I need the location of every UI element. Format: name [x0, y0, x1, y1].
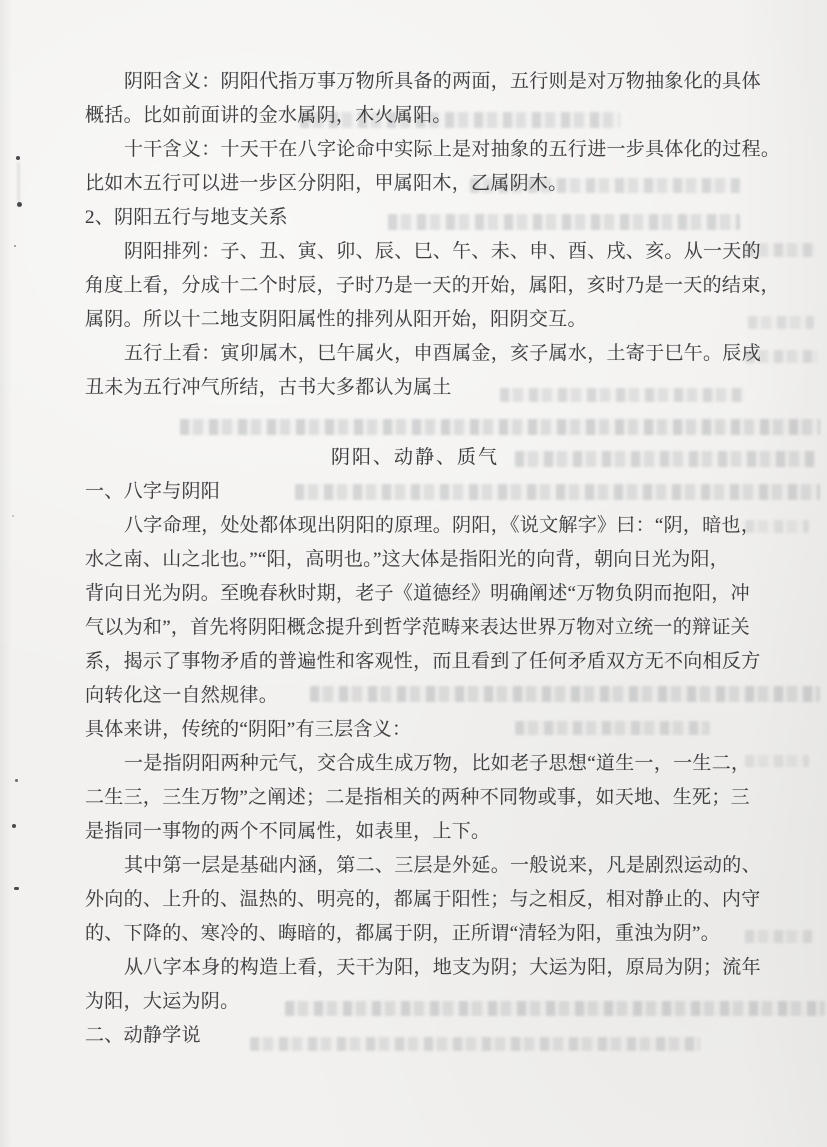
- text-line: 五行上看：寅卯属木，巳午属火，申酉属金，亥子属水，土寄于巳午。辰戌: [85, 337, 745, 371]
- section-title: 阴阳、动静、质气: [85, 441, 745, 475]
- text-line: 气以为和”，首先将阴阳概念提升到哲学范畴来表达世界万物对立统一的辩证关: [85, 611, 745, 645]
- ink-speck: [14, 887, 19, 890]
- text-line: 为阳，大运为阴。: [85, 985, 745, 1019]
- ink-smear: [17, 162, 20, 207]
- text-line: 十干含义：十天干在八字论命中实际上是对抽象的五行进一步具体化的过程。: [85, 133, 745, 167]
- text-line: 丑未为五行冲气所结，古书大多都认为属土: [85, 371, 745, 405]
- text-line: 二生三，三生万物”之阐述；二是指相关的两种不同物或事，如天地、生死；三: [85, 781, 745, 815]
- bleedthrough-text-artifact: [748, 316, 814, 329]
- text-line: 阴阳排列：子、丑、寅、卯、辰、巳、午、未、申、酉、戌、亥。从一天的: [85, 235, 745, 269]
- ink-speck: [14, 245, 16, 247]
- text-line: 角度上看，分成十二个时辰，子时乃是一天的开始，属阳，亥时乃是一天的结束，: [85, 269, 745, 303]
- section-heading-2: 2、阴阳五行与地支关系: [85, 201, 745, 235]
- text-line: 水之南、山之北也。”“阳，高明也。”这大体是指阳光的向背，朝向日光为阳，: [85, 543, 745, 577]
- text-line: 的、下降的、寒冷的、晦暗的，都属于阴，正所谓“清轻为阳，重浊为阴”。: [85, 917, 745, 951]
- bleedthrough-text-artifact: [745, 930, 813, 943]
- text-line: 其中第一层是基础内涵，第二、三层是外延。一般说来，凡是剧烈运动的、: [85, 849, 745, 883]
- ink-speck: [15, 779, 18, 782]
- text-line: 背向日光为阴。至晚春秋时期，老子《道德经》明确阐述“万物负阴而抱阳，冲: [85, 577, 745, 611]
- ink-speck: [12, 824, 16, 828]
- text-line: 是指同一事物的两个不同属性，如表里，上下。: [85, 815, 745, 849]
- text-line: 一是指阴阳两种元气，交合成生成万物，比如老子思想“道生一，一生二，: [85, 747, 745, 781]
- text-line: 具体来讲，传统的“阴阳”有三层含义：: [85, 713, 745, 747]
- text-line: 阴阳含义：阴阳代指万事万物所具备的两面，五行则是对万物抽象化的具体: [85, 65, 745, 99]
- text-line: 从八字本身的构造上看，天干为阳，地支为阴；大运为阳，原局为阴；流年: [85, 951, 745, 985]
- subsection-heading-1: 一、八字与阴阳: [85, 475, 745, 509]
- text-line: 外向的、上升的、温热的、明亮的，都属于阳性；与之相反，相对静止的、内守: [85, 883, 745, 917]
- subsection-heading-2: 二、动静学说: [85, 1019, 745, 1053]
- text-line: 系，揭示了事物矛盾的普遍性和客观性，而且看到了任何矛盾双方无不向相反方: [85, 645, 745, 679]
- text-line: 属阴。所以十二地支阴阳属性的排列从阳开始，阳阴交互。: [85, 303, 745, 337]
- text-line: 比如木五行可以进一步区分阴阳，甲属阳木，乙属阴木。: [85, 167, 745, 201]
- document-text-column: 阴阳含义：阴阳代指万事万物所具备的两面，五行则是对万物抽象化的具体 概括。比如前…: [85, 65, 745, 1053]
- text-line: 概括。比如前面讲的金水属阴，木火属阳。: [85, 99, 745, 133]
- scanned-document-page: 阴阳含义：阴阳代指万事万物所具备的两面，五行则是对万物抽象化的具体 概括。比如前…: [0, 0, 827, 1147]
- text-line: 八字命理，处处都体现出阴阳的原理。阴阳，《说文解字》曰：“阴，暗也，: [85, 509, 745, 543]
- ink-speck: [17, 202, 22, 207]
- text-line: 向转化这一自然规律。: [85, 679, 745, 713]
- bleedthrough-text-artifact: [745, 755, 809, 767]
- ink-speck: [16, 156, 20, 160]
- ink-speck: [12, 515, 14, 517]
- scan-edge-shadow-left: [0, 0, 12, 1147]
